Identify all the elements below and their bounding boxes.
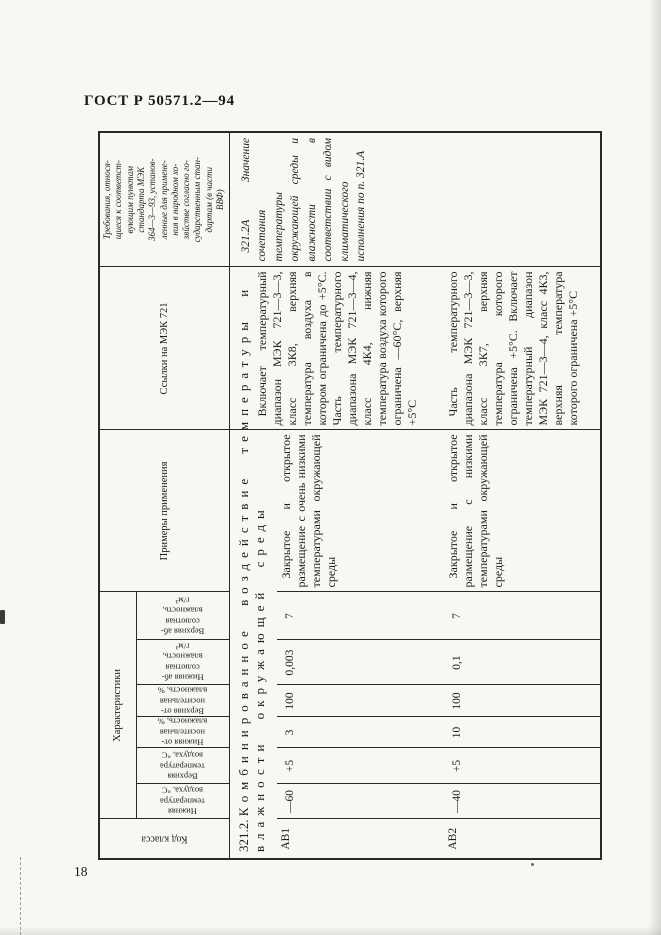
section-number: 321.2. bbox=[236, 820, 251, 853]
cell-ab2-upper-abs-humidity: 7 bbox=[444, 592, 601, 640]
cell-ab2-iec-refs: Часть температурного диапазона МЭК 721—3… bbox=[444, 267, 601, 430]
cell-ab2-lower-abs-humidity: 0,1 bbox=[444, 640, 601, 685]
col-header-code-class: Код класса bbox=[99, 819, 229, 859]
section-heading-line2: влажности окружающей среды bbox=[252, 432, 268, 852]
climate-classes-table: Код класса Характеристики Примеры примен… bbox=[98, 131, 602, 860]
col-header-lower-rel-humidity: Нижняя от- носительная влажность, % bbox=[136, 717, 229, 748]
col-header-upper-abs-humidity-label: Верхняя аб- солютная влажность, г/м³ bbox=[139, 595, 227, 636]
cell-requirements-note: 321.2А Значение сочетания температуры ок… bbox=[229, 132, 601, 267]
col-header-lower-air-temp: Нижняя температура воздуха, °С bbox=[136, 784, 229, 819]
col-header-upper-abs-humidity: Верхняя аб- солютная влажность, г/м³ bbox=[136, 592, 229, 640]
col-header-upper-air-temp: Верхняя температура воздуха, °С bbox=[136, 748, 229, 784]
section-heading: 321.2. Комбинированное воздействие темпе… bbox=[229, 430, 277, 859]
cell-ab1-upper-temp: +5 bbox=[277, 748, 444, 784]
cell-ab2-lower-temp: —40 bbox=[444, 784, 601, 819]
scan-artifact-speck bbox=[0, 610, 5, 624]
page-number: 18 bbox=[74, 864, 88, 880]
scan-artifact-dot bbox=[531, 863, 534, 866]
scan-artifact-stitch-line bbox=[20, 857, 21, 935]
col-header-iec-refs: Ссылки на МЭК 721 bbox=[99, 267, 229, 430]
cell-ab2-lower-rel-humidity: 10 bbox=[444, 717, 601, 748]
cell-ab1-upper-abs-humidity: 7 bbox=[277, 592, 444, 640]
rotated-table-wrapper: Код класса Характеристики Примеры примен… bbox=[98, 133, 600, 860]
col-header-requirements: Требования, относя- щиеся к соответст- в… bbox=[99, 132, 229, 267]
col-header-lower-abs-humidity: Нижняя аб- солютная влажность, г/м³ bbox=[136, 640, 229, 685]
section-heading-line1: 321.2. Комбинированное воздействие темпе… bbox=[236, 432, 252, 852]
col-header-examples: Примеры применения bbox=[99, 430, 229, 592]
cell-ab2-upper-temp: +5 bbox=[444, 748, 601, 784]
col-header-upper-air-temp-label: Верхняя температура воздуха, °С bbox=[138, 751, 226, 782]
col-header-lower-air-temp-label: Нижняя температура воздуха, °С bbox=[138, 786, 226, 817]
col-header-lower-rel-humidity-label: Нижняя от- носительная влажность, % bbox=[138, 717, 226, 748]
scan-edge-shadow-bottom bbox=[0, 926, 661, 935]
scan-edge-shadow-right bbox=[648, 0, 661, 935]
cell-ab1-examples: Закрытое и открытое размещение с очень н… bbox=[277, 430, 444, 592]
cell-ab2-examples: Закрытое и открытое размещение с низкими… bbox=[444, 430, 601, 592]
col-header-characteristics: Характеристики bbox=[99, 592, 136, 819]
document-header: ГОСТ Р 50571.2—94 bbox=[84, 93, 235, 110]
cell-ab1-lower-temp: —60 bbox=[277, 784, 444, 819]
scanned-page: ГОСТ Р 50571.2—94 Код класса Характерист… bbox=[0, 0, 661, 935]
cell-ab1-upper-rel-humidity: 100 bbox=[277, 685, 444, 717]
col-header-code-class-label: Код класса bbox=[126, 833, 202, 844]
col-header-upper-rel-humidity: Верхняя от- носительная влажность, % bbox=[136, 685, 229, 717]
cell-ab2-code: АВ2 bbox=[444, 819, 601, 859]
col-header-upper-rel-humidity-label: Верхняя от- носительная влажность, % bbox=[138, 686, 226, 717]
cell-ab2-upper-rel-humidity: 100 bbox=[444, 685, 601, 717]
cell-ab1-lower-abs-humidity: 0,003 bbox=[277, 640, 444, 685]
col-header-lower-abs-humidity-label: Нижняя аб- солютная влажность, г/м³ bbox=[139, 642, 227, 683]
cell-ab1-lower-rel-humidity: 3 bbox=[277, 717, 444, 748]
cell-ab1-code: АВ1 bbox=[277, 819, 444, 859]
cell-ab1-iec-refs: Включает температурный диапазон МЭК 721—… bbox=[229, 267, 444, 430]
